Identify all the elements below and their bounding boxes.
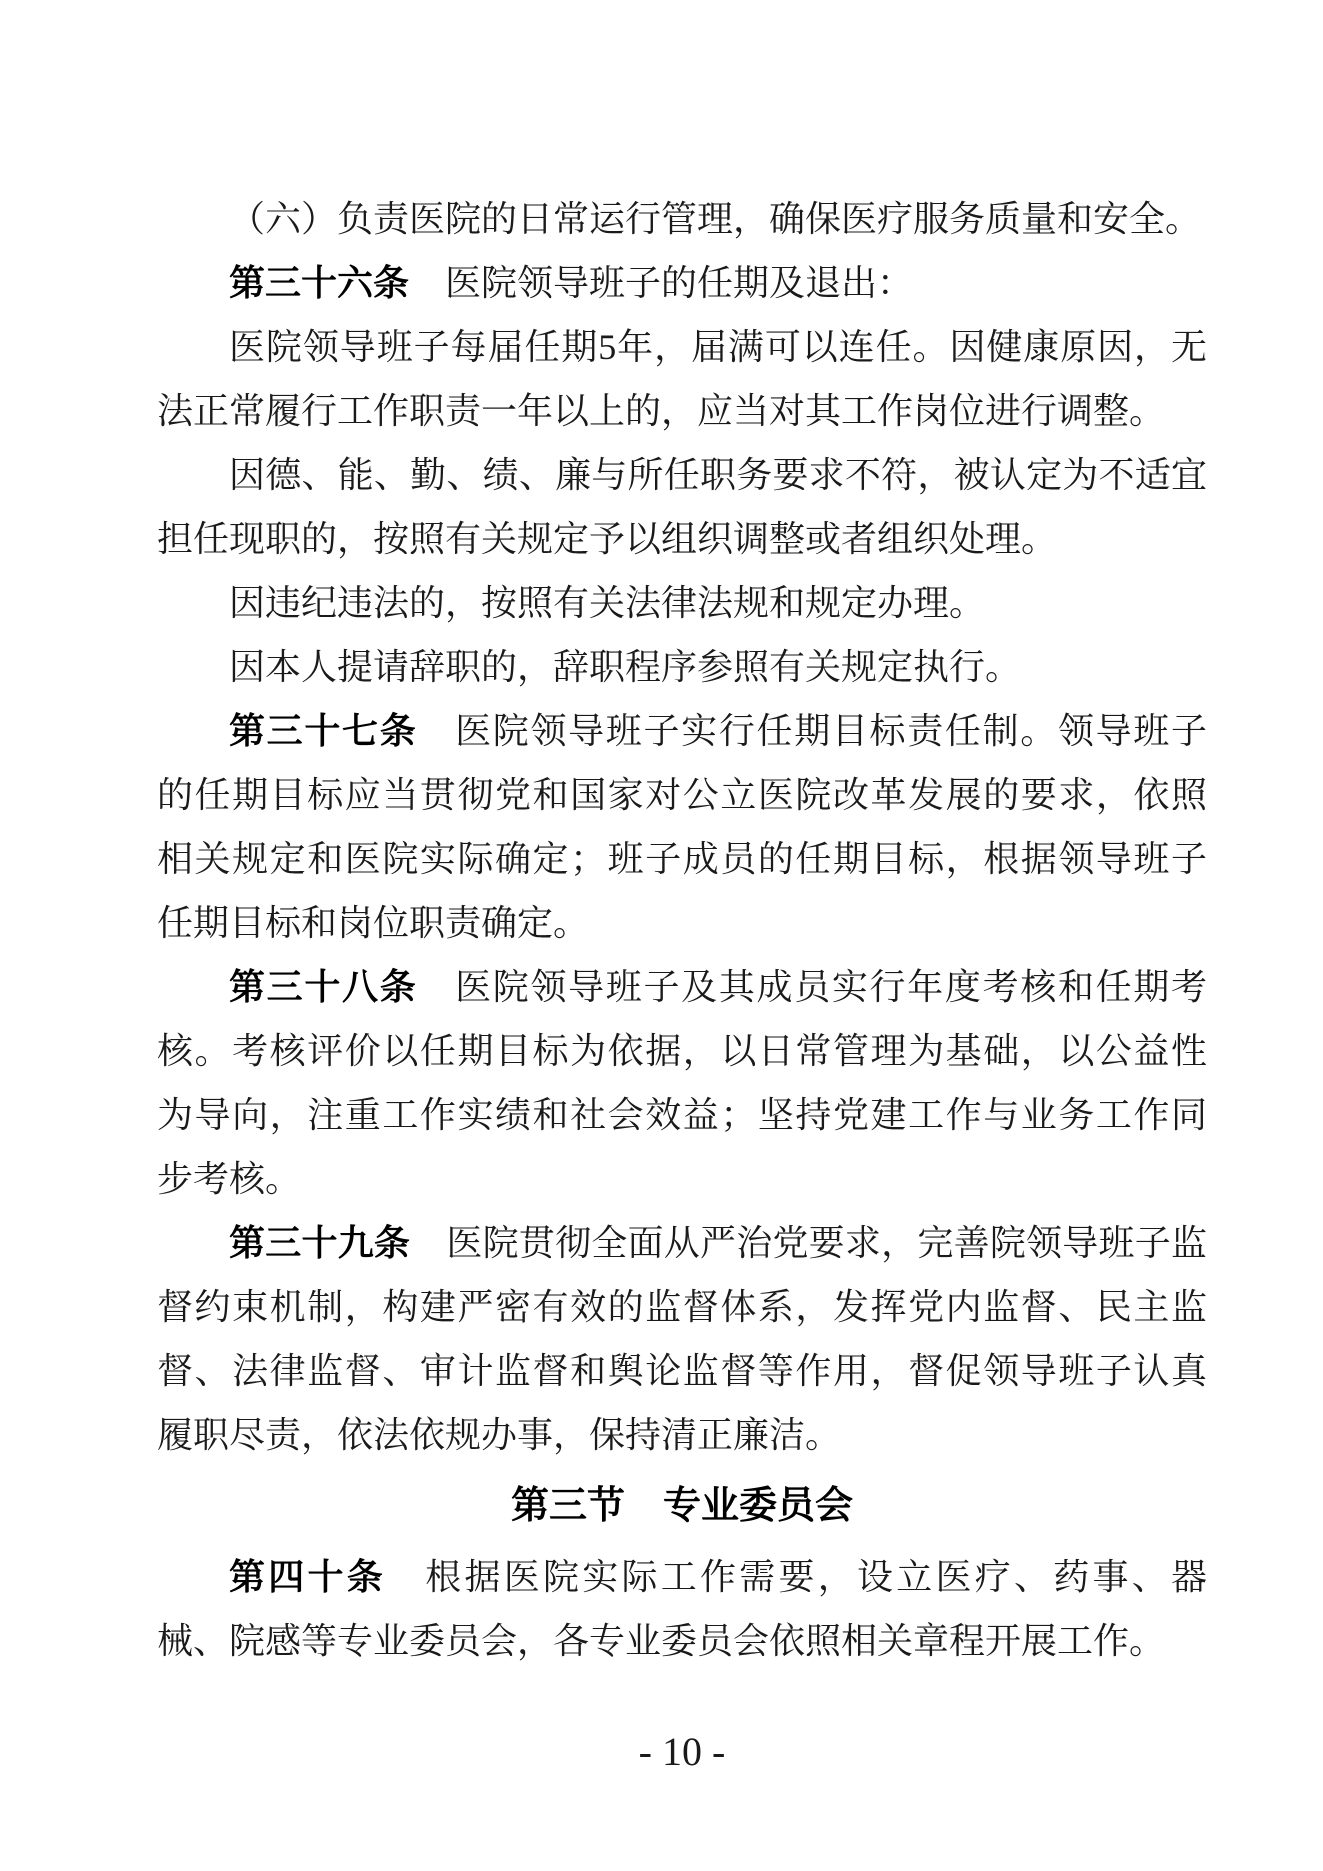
text-run: 担任现职的，按照有关规定予以组织调整或者组织处理。 (157, 519, 1057, 559)
text-run: 核。考核评价以任期目标为依据，以日常管理为基础，以公益性 (157, 1031, 1207, 1071)
text-run: 的任期目标应当贯彻党和国家对公立医院改革发展的要求，依照 (157, 775, 1207, 815)
text-run: 因违纪违法的，按照有关法律法规和规定办理。 (229, 583, 985, 623)
text-run: 因本人提请辞职的，辞职程序参照有关规定执行。 (229, 647, 1021, 687)
text-run: 械、院感等专业委员会，各专业委员会依照相关章程开展工作。 (157, 1621, 1165, 1661)
article-number: 第四十条 (229, 1556, 386, 1597)
text-line: 任期目标和岗位职责确定。 (157, 891, 1207, 955)
text-run: 医院领导班子的任期及退出： (409, 263, 913, 303)
section-heading: 第三节 专业委员会 (157, 1467, 1207, 1545)
text-line: 履职尽责，依法依规办事，保持清正廉洁。 (157, 1403, 1207, 1467)
text-run: 步考核。 (157, 1159, 301, 1199)
text-line: 法正常履行工作职责一年以上的，应当对其工作岗位进行调整。 (157, 379, 1207, 443)
document-page: （六）负责医院的日常运行管理，确保医疗服务质量和安全。第三十六条 医院领导班子的… (0, 0, 1323, 1871)
text-line: 械、院感等专业委员会，各专业委员会依照相关章程开展工作。 (157, 1609, 1207, 1673)
text-run: （六）负责医院的日常运行管理，确保医疗服务质量和安全。 (229, 199, 1201, 239)
text-line: （六）负责医院的日常运行管理，确保医疗服务质量和安全。 (157, 187, 1207, 251)
text-run: 因德、能、勤、绩、廉与所任职务要求不符，被认定为不适宜 (229, 455, 1207, 495)
text-run: 任期目标和岗位职责确定。 (157, 903, 589, 943)
text-line: 第三十七条 医院领导班子实行任期目标责任制。领导班子 (157, 699, 1207, 763)
text-run: 督、法律监督、审计监督和舆论监督等作用，督促领导班子认真 (157, 1351, 1207, 1391)
text-run: 医院领导班子每届任期5年，届满可以连任。因健康原因，无 (229, 327, 1207, 367)
text-run: 为导向，注重工作实绩和社会效益；坚持党建工作与业务工作同 (157, 1095, 1207, 1135)
text-run: 医院领导班子及其成员实行年度考核和任期考 (417, 967, 1207, 1007)
text-line: 第四十条 根据医院实际工作需要，设立医疗、药事、器 (157, 1545, 1207, 1609)
text-run: 医院贯彻全面从严治党要求，完善院领导班子监 (410, 1223, 1207, 1263)
text-run: 根据医院实际工作需要，设立医疗、药事、器 (386, 1557, 1207, 1597)
text-run: 法正常履行工作职责一年以上的，应当对其工作岗位进行调整。 (157, 391, 1165, 431)
article-number: 第三十六条 (229, 262, 409, 303)
text-run: 履职尽责，依法依规办事，保持清正廉洁。 (157, 1415, 841, 1455)
text-line: 督约束机制，构建严密有效的监督体系，发挥党内监督、民主监 (157, 1275, 1207, 1339)
text-line: 相关规定和医院实际确定；班子成员的任期目标，根据领导班子 (157, 827, 1207, 891)
text-line: 担任现职的，按照有关规定予以组织调整或者组织处理。 (157, 507, 1207, 571)
text-line: 的任期目标应当贯彻党和国家对公立医院改革发展的要求，依照 (157, 763, 1207, 827)
article-number: 第三十九条 (229, 1222, 410, 1263)
article-number: 第三十八条 (229, 966, 417, 1007)
text-line: 为导向，注重工作实绩和社会效益；坚持党建工作与业务工作同 (157, 1083, 1207, 1147)
text-line: 第三十八条 医院领导班子及其成员实行年度考核和任期考 (157, 955, 1207, 1019)
text-line: 因违纪违法的，按照有关法律法规和规定办理。 (157, 571, 1207, 635)
text-run: 相关规定和医院实际确定；班子成员的任期目标，根据领导班子 (157, 839, 1207, 879)
text-line: 因本人提请辞职的，辞职程序参照有关规定执行。 (157, 635, 1207, 699)
text-run: 医院领导班子实行任期目标责任制。领导班子 (417, 711, 1207, 751)
text-line: 第三十九条 医院贯彻全面从严治党要求，完善院领导班子监 (157, 1211, 1207, 1275)
text-run: 督约束机制，构建严密有效的监督体系，发挥党内监督、民主监 (157, 1287, 1207, 1327)
document-body: （六）负责医院的日常运行管理，确保医疗服务质量和安全。第三十六条 医院领导班子的… (157, 187, 1207, 1673)
page-number: - 10 - (157, 1728, 1207, 1775)
text-line: 第三十六条 医院领导班子的任期及退出： (157, 251, 1207, 315)
article-number: 第三十七条 (229, 710, 417, 751)
text-line: 核。考核评价以任期目标为依据，以日常管理为基础，以公益性 (157, 1019, 1207, 1083)
text-line: 医院领导班子每届任期5年，届满可以连任。因健康原因，无 (157, 315, 1207, 379)
text-line: 步考核。 (157, 1147, 1207, 1211)
article-number: 第三节 专业委员会 (511, 1485, 853, 1527)
text-line: 因德、能、勤、绩、廉与所任职务要求不符，被认定为不适宜 (157, 443, 1207, 507)
text-line: 督、法律监督、审计监督和舆论监督等作用，督促领导班子认真 (157, 1339, 1207, 1403)
